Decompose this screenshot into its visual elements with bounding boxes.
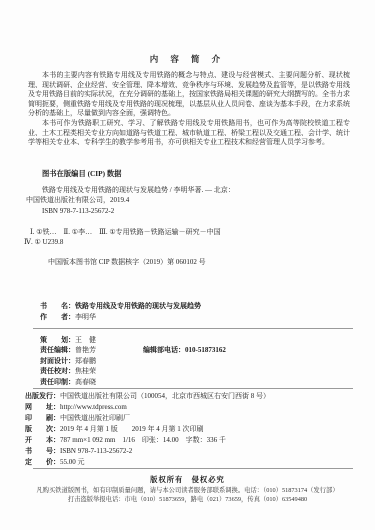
cip-publisher-line: 中国铁道出版社有限公司，2019.4 (26, 196, 129, 206)
staff-value: 曾艳芳 (75, 346, 96, 354)
cip-record-number: 中国版本图书馆 CIP 数据核字（2019）第 060102 号 (48, 258, 206, 268)
staff-label: 封面设计： (40, 357, 75, 365)
publishing-label: 定 价： (25, 458, 60, 466)
staff-value: 王 健 (75, 336, 96, 344)
staff-label: 责任编辑： (40, 346, 75, 354)
publishing-label: 版 次： (25, 425, 60, 433)
quality-contact-line: 凡购买铁道版图书，如有印制质量问题，请与本公司读者服务部联系调换。电话：（010… (0, 487, 375, 496)
staff-row-print-supervisor: 责任印制：高春晓 (40, 378, 96, 388)
staff-row-cover-designer: 封面设计：郑春鹏 (40, 357, 96, 367)
staff-label: 责任印制： (40, 378, 75, 386)
publishing-row-edition: 版 次：2019 年 4 月第 1 版 2019 年 4 月第 1 次印刷 (25, 425, 204, 435)
cip-classification-line-1: Ⅰ. ①铁… Ⅱ. ①李… Ⅲ. ①专用铁路－铁路运输－研究－中国 (30, 228, 221, 238)
intro-title: 内 容 简 介 (0, 53, 375, 65)
staff-label: 策 划： (40, 336, 75, 344)
publishing-row-format: 开 本：787 mm×1 092 mm 1/16 印张：14.00 字数：336… (25, 436, 226, 446)
editorial-phone: 编辑部电话：010-51873162 (143, 346, 226, 356)
book-title-value: 铁路专用线及专用铁路的现状与发展趋势 (75, 302, 201, 310)
publishing-label: 书 号： (25, 447, 60, 455)
cip-classification-line-2: Ⅳ. ① U239.8 (24, 238, 63, 248)
staff-value: 焦桂荣 (75, 367, 96, 375)
publishing-row-printer: 印 刷：中国铁道出版社印刷厂 (25, 414, 130, 424)
staff-value: 郑春鹏 (75, 357, 96, 365)
publisher-website-url: http://www.tdpress.com (60, 403, 127, 411)
intro-paragraph-2: 本书可作为铁路职工研究、学习、了解铁路专用线及专用铁路用书，也可作为高等院校铁道… (28, 119, 350, 148)
cip-heading: 图书在版编目 (CIP) 数据 (42, 169, 121, 179)
publishing-row-publisher: 出版发行：中国铁道出版社有限公司（100054，北京市西城区右安门西街 8 号） (25, 392, 270, 402)
publishing-value: ISBN 978-7-113-25672-2 (60, 447, 132, 455)
cip-isbn: ISBN 978-7-113-25672-2 (42, 207, 114, 217)
publishing-value: 中国铁道出版社印刷厂 (60, 414, 130, 422)
copyright-notice-heading: 版权所有 侵权必究 (0, 475, 375, 485)
publishing-label: 出版发行： (25, 392, 60, 400)
intro-paragraph-1: 本书的主要内容有铁路专用线及专用铁路的概念与特点、建设与经营模式、主要问题分析、… (28, 71, 350, 119)
staff-row-editor: 责任编辑：曾艳芳 编辑部电话：010-51873162 (40, 346, 96, 356)
cip-title-line: 铁路专用线及专用铁路的现状与发展趋势 / 李明华著. — 北京： (42, 186, 235, 196)
publishing-value: 787 mm×1 092 mm 1/16 印张：14.00 字数：336 千 (60, 436, 226, 444)
publishing-label: 开 本： (25, 436, 60, 444)
divider-bottom (33, 468, 353, 469)
book-title-label: 书 名： (40, 302, 75, 310)
divider-top (33, 328, 353, 329)
publishing-label: 印 刷： (25, 414, 60, 422)
staff-value: 高春晓 (75, 378, 96, 386)
publishing-row-website: 网 址：http://www.tdpress.com (25, 403, 127, 413)
book-author-row: 作 者：李明华 (40, 313, 96, 323)
publishing-row-price: 定 价：55.00 元 (25, 458, 85, 468)
book-price: 55.00 元 (60, 458, 85, 466)
divider-middle (33, 388, 353, 389)
book-title-row: 书 名：铁路专用线及专用铁路的现状与发展趋势 (40, 302, 201, 312)
staff-row-planner: 策 划：王 健 (40, 336, 96, 346)
book-author-value: 李明华 (75, 313, 96, 321)
staff-label: 责任校对： (40, 367, 75, 375)
staff-row-proofreader: 责任校对：焦桂荣 (40, 367, 96, 377)
copyright-page: 内 容 简 介 本书的主要内容有铁路专用线及专用铁路的概念与特点、建设与经营模式… (0, 0, 375, 530)
publishing-value: 2019 年 4 月第 1 版 2019 年 4 月第 1 次印刷 (60, 425, 204, 433)
publishing-row-isbn: 书 号：ISBN 978-7-113-25672-2 (25, 447, 132, 457)
publishing-value: 中国铁道出版社有限公司（100054，北京市西城区右安门西街 8 号） (60, 392, 270, 400)
book-author-label: 作 者： (40, 313, 75, 321)
publishing-label: 网 址： (25, 403, 60, 411)
anti-piracy-hotline-line: 打击盗版举报电话：市电（010）51873659，路电（021）73659，传真… (0, 496, 375, 505)
